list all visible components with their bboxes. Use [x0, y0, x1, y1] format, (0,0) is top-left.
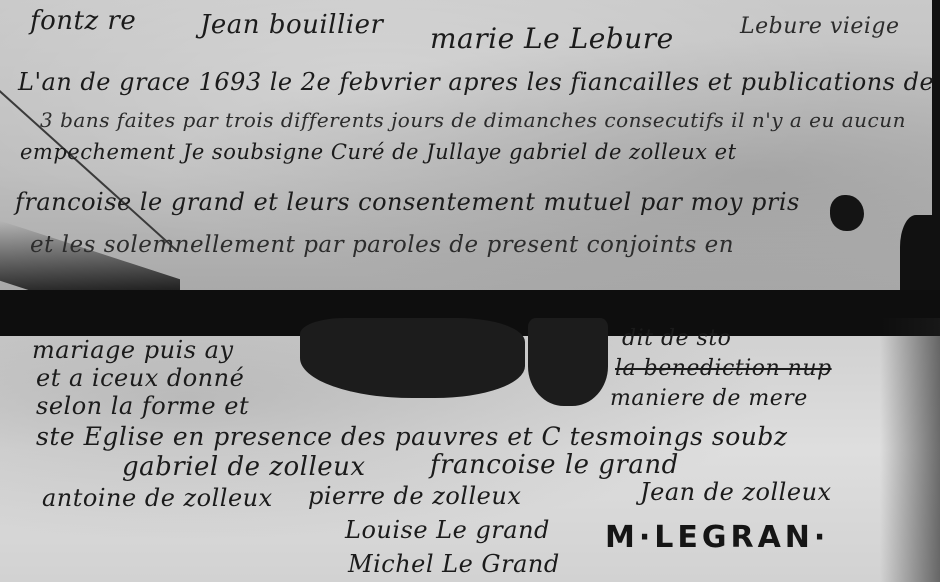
record-line: ste Eglise en presence des pauvres et C … [36, 422, 788, 451]
signature: Louise Le grand [345, 516, 550, 544]
record-line: et a iceux donné [36, 364, 244, 392]
signature: pierre de zolleux [308, 482, 521, 510]
page-edge [932, 0, 940, 290]
struck-line: la benediction nup [615, 356, 832, 381]
signature: Michel Le Grand [348, 550, 560, 578]
record-line: francoise le grand et leurs consentement… [15, 188, 800, 216]
ink-stain [528, 318, 608, 406]
record-line: maniere de mere [610, 386, 808, 411]
bride-name: marie Le Lebure [430, 22, 674, 55]
record-line: L'an de grace 1693 le 2e febvrier apres … [18, 68, 934, 96]
signature: francoise le grand [430, 450, 679, 480]
record-line: et les solemnellement par paroles de pre… [30, 232, 734, 258]
microfilm-gap [0, 290, 940, 320]
record-line: mariage puis ay [32, 336, 234, 364]
signature: antoine de zolleux [42, 484, 273, 512]
ink-blot [830, 195, 864, 231]
signature: Jean de zolleux [640, 478, 832, 506]
bride-name-continuation: Lebure vieige [740, 14, 900, 39]
record-line: empechement Je soubsigne Curé de Jullaye… [20, 140, 737, 164]
margin-note: fontz re [30, 6, 136, 36]
document-bottom-page: mariage puis ay et a iceux donné selon l… [0, 318, 940, 582]
page-shadow [880, 318, 940, 582]
groom-name: Jean bouillier [200, 10, 383, 40]
signature: gabriel de zolleux [122, 452, 366, 482]
record-line: dit de sto [622, 326, 731, 351]
signature-stamp: M·LEGRAN· [605, 520, 829, 555]
record-line: selon la forme et [36, 392, 249, 420]
document-top-page: fontz re Jean bouillier marie Le Lebure … [0, 0, 940, 290]
record-line: 3 bans faites par trois differents jours… [40, 108, 906, 132]
ink-stain [300, 318, 525, 398]
